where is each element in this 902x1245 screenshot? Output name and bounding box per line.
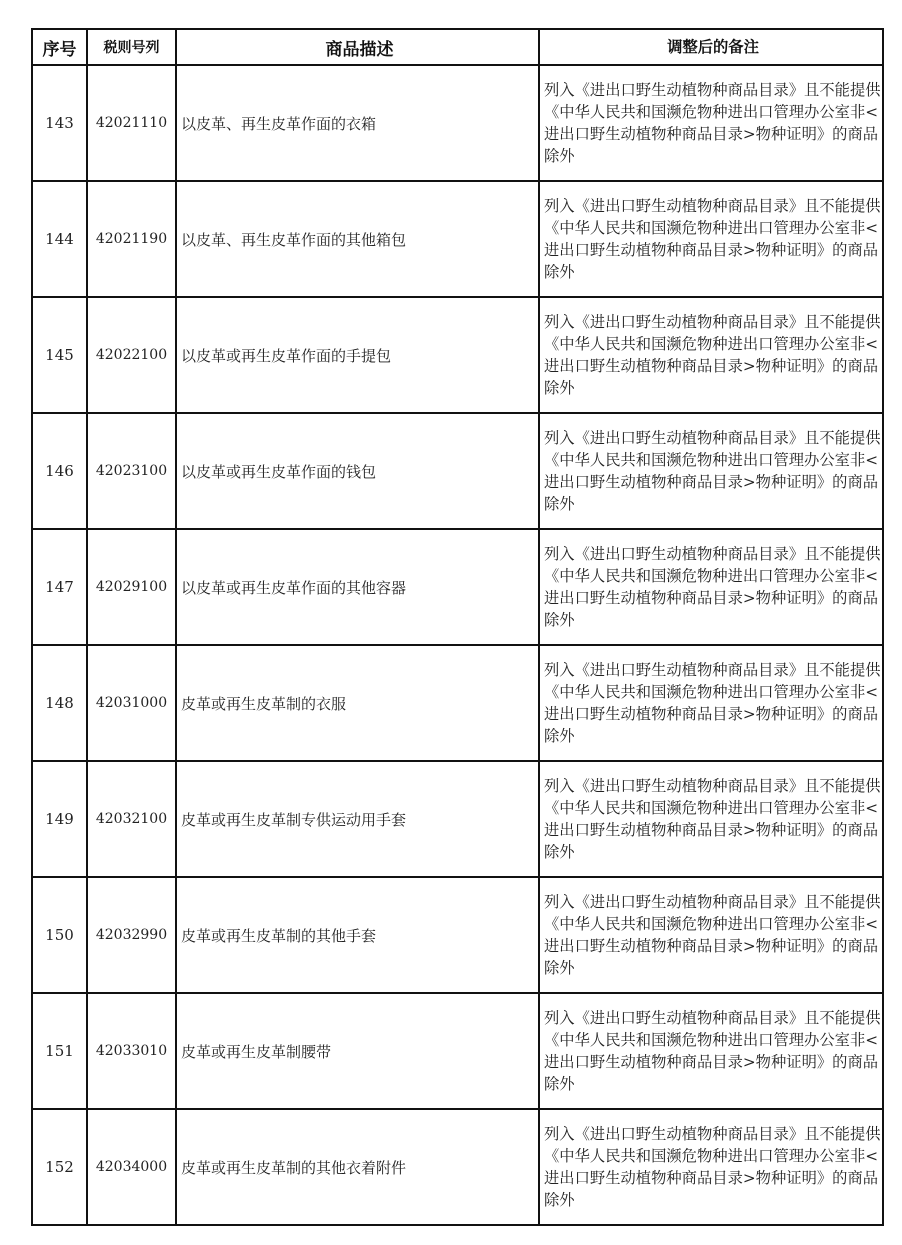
cell-description: 以皮革或再生皮革作面的钱包 bbox=[176, 413, 539, 529]
table-row: 149 42032100 皮革或再生皮革制专供运动用手套 列入《进出口野生动植物… bbox=[32, 761, 883, 877]
cell-description: 以皮革、再生皮革作面的衣箱 bbox=[176, 65, 539, 181]
cell-remark: 列入《进出口野生动植物种商品目录》且不能提供《中华人民共和国濒危物种进出口管理办… bbox=[539, 181, 883, 297]
table-row: 152 42034000 皮革或再生皮革制的其他衣着附件 列入《进出口野生动植物… bbox=[32, 1109, 883, 1225]
cell-remark: 列入《进出口野生动植物种商品目录》且不能提供《中华人民共和国濒危物种进出口管理办… bbox=[539, 993, 883, 1109]
cell-serial-no: 144 bbox=[32, 181, 87, 297]
cell-description: 皮革或再生皮革制腰带 bbox=[176, 993, 539, 1109]
header-serial-no: 序号 bbox=[32, 29, 87, 65]
table-row: 151 42033010 皮革或再生皮革制腰带 列入《进出口野生动植物种商品目录… bbox=[32, 993, 883, 1109]
cell-serial-no: 149 bbox=[32, 761, 87, 877]
cell-description: 以皮革或再生皮革作面的其他容器 bbox=[176, 529, 539, 645]
header-description: 商品描述 bbox=[176, 29, 539, 65]
cell-description: 皮革或再生皮革制的衣服 bbox=[176, 645, 539, 761]
cell-description: 以皮革或再生皮革作面的手提包 bbox=[176, 297, 539, 413]
cell-description: 以皮革、再生皮革作面的其他箱包 bbox=[176, 181, 539, 297]
cell-remark: 列入《进出口野生动植物种商品目录》且不能提供《中华人民共和国濒危物种进出口管理办… bbox=[539, 65, 883, 181]
cell-remark: 列入《进出口野生动植物种商品目录》且不能提供《中华人民共和国濒危物种进出口管理办… bbox=[539, 645, 883, 761]
cell-tariff-code: 42023100 bbox=[87, 413, 176, 529]
cell-description: 皮革或再生皮革制的其他衣着附件 bbox=[176, 1109, 539, 1225]
table-row: 150 42032990 皮革或再生皮革制的其他手套 列入《进出口野生动植物种商… bbox=[32, 877, 883, 993]
table-row: 144 42021190 以皮革、再生皮革作面的其他箱包 列入《进出口野生动植物… bbox=[32, 181, 883, 297]
header-remark: 调整后的备注 bbox=[539, 29, 883, 65]
cell-tariff-code: 42032100 bbox=[87, 761, 176, 877]
table-row: 147 42029100 以皮革或再生皮革作面的其他容器 列入《进出口野生动植物… bbox=[32, 529, 883, 645]
cell-serial-no: 146 bbox=[32, 413, 87, 529]
cell-serial-no: 150 bbox=[32, 877, 87, 993]
cell-remark: 列入《进出口野生动植物种商品目录》且不能提供《中华人民共和国濒危物种进出口管理办… bbox=[539, 877, 883, 993]
cell-remark: 列入《进出口野生动植物种商品目录》且不能提供《中华人民共和国濒危物种进出口管理办… bbox=[539, 761, 883, 877]
cell-serial-no: 147 bbox=[32, 529, 87, 645]
table-row: 146 42023100 以皮革或再生皮革作面的钱包 列入《进出口野生动植物种商… bbox=[32, 413, 883, 529]
cell-tariff-code: 42033010 bbox=[87, 993, 176, 1109]
cell-serial-no: 148 bbox=[32, 645, 87, 761]
cell-tariff-code: 42021110 bbox=[87, 65, 176, 181]
cell-tariff-code: 42029100 bbox=[87, 529, 176, 645]
cell-tariff-code: 42021190 bbox=[87, 181, 176, 297]
cell-serial-no: 145 bbox=[32, 297, 87, 413]
commodity-table: 序号 税则号列 商品描述 调整后的备注 143 42021110 以皮革、再生皮… bbox=[31, 28, 884, 1226]
table-row: 143 42021110 以皮革、再生皮革作面的衣箱 列入《进出口野生动植物种商… bbox=[32, 65, 883, 181]
cell-serial-no: 143 bbox=[32, 65, 87, 181]
table-header-row: 序号 税则号列 商品描述 调整后的备注 bbox=[32, 29, 883, 65]
cell-serial-no: 151 bbox=[32, 993, 87, 1109]
cell-remark: 列入《进出口野生动植物种商品目录》且不能提供《中华人民共和国濒危物种进出口管理办… bbox=[539, 413, 883, 529]
cell-description: 皮革或再生皮革制的其他手套 bbox=[176, 877, 539, 993]
cell-tariff-code: 42031000 bbox=[87, 645, 176, 761]
cell-tariff-code: 42032990 bbox=[87, 877, 176, 993]
cell-remark: 列入《进出口野生动植物种商品目录》且不能提供《中华人民共和国濒危物种进出口管理办… bbox=[539, 1109, 883, 1225]
cell-remark: 列入《进出口野生动植物种商品目录》且不能提供《中华人民共和国濒危物种进出口管理办… bbox=[539, 529, 883, 645]
cell-tariff-code: 42034000 bbox=[87, 1109, 176, 1225]
table-row: 148 42031000 皮革或再生皮革制的衣服 列入《进出口野生动植物种商品目… bbox=[32, 645, 883, 761]
cell-remark: 列入《进出口野生动植物种商品目录》且不能提供《中华人民共和国濒危物种进出口管理办… bbox=[539, 297, 883, 413]
cell-tariff-code: 42022100 bbox=[87, 297, 176, 413]
header-tariff-code: 税则号列 bbox=[87, 29, 176, 65]
cell-description: 皮革或再生皮革制专供运动用手套 bbox=[176, 761, 539, 877]
table-row: 145 42022100 以皮革或再生皮革作面的手提包 列入《进出口野生动植物种… bbox=[32, 297, 883, 413]
cell-serial-no: 152 bbox=[32, 1109, 87, 1225]
